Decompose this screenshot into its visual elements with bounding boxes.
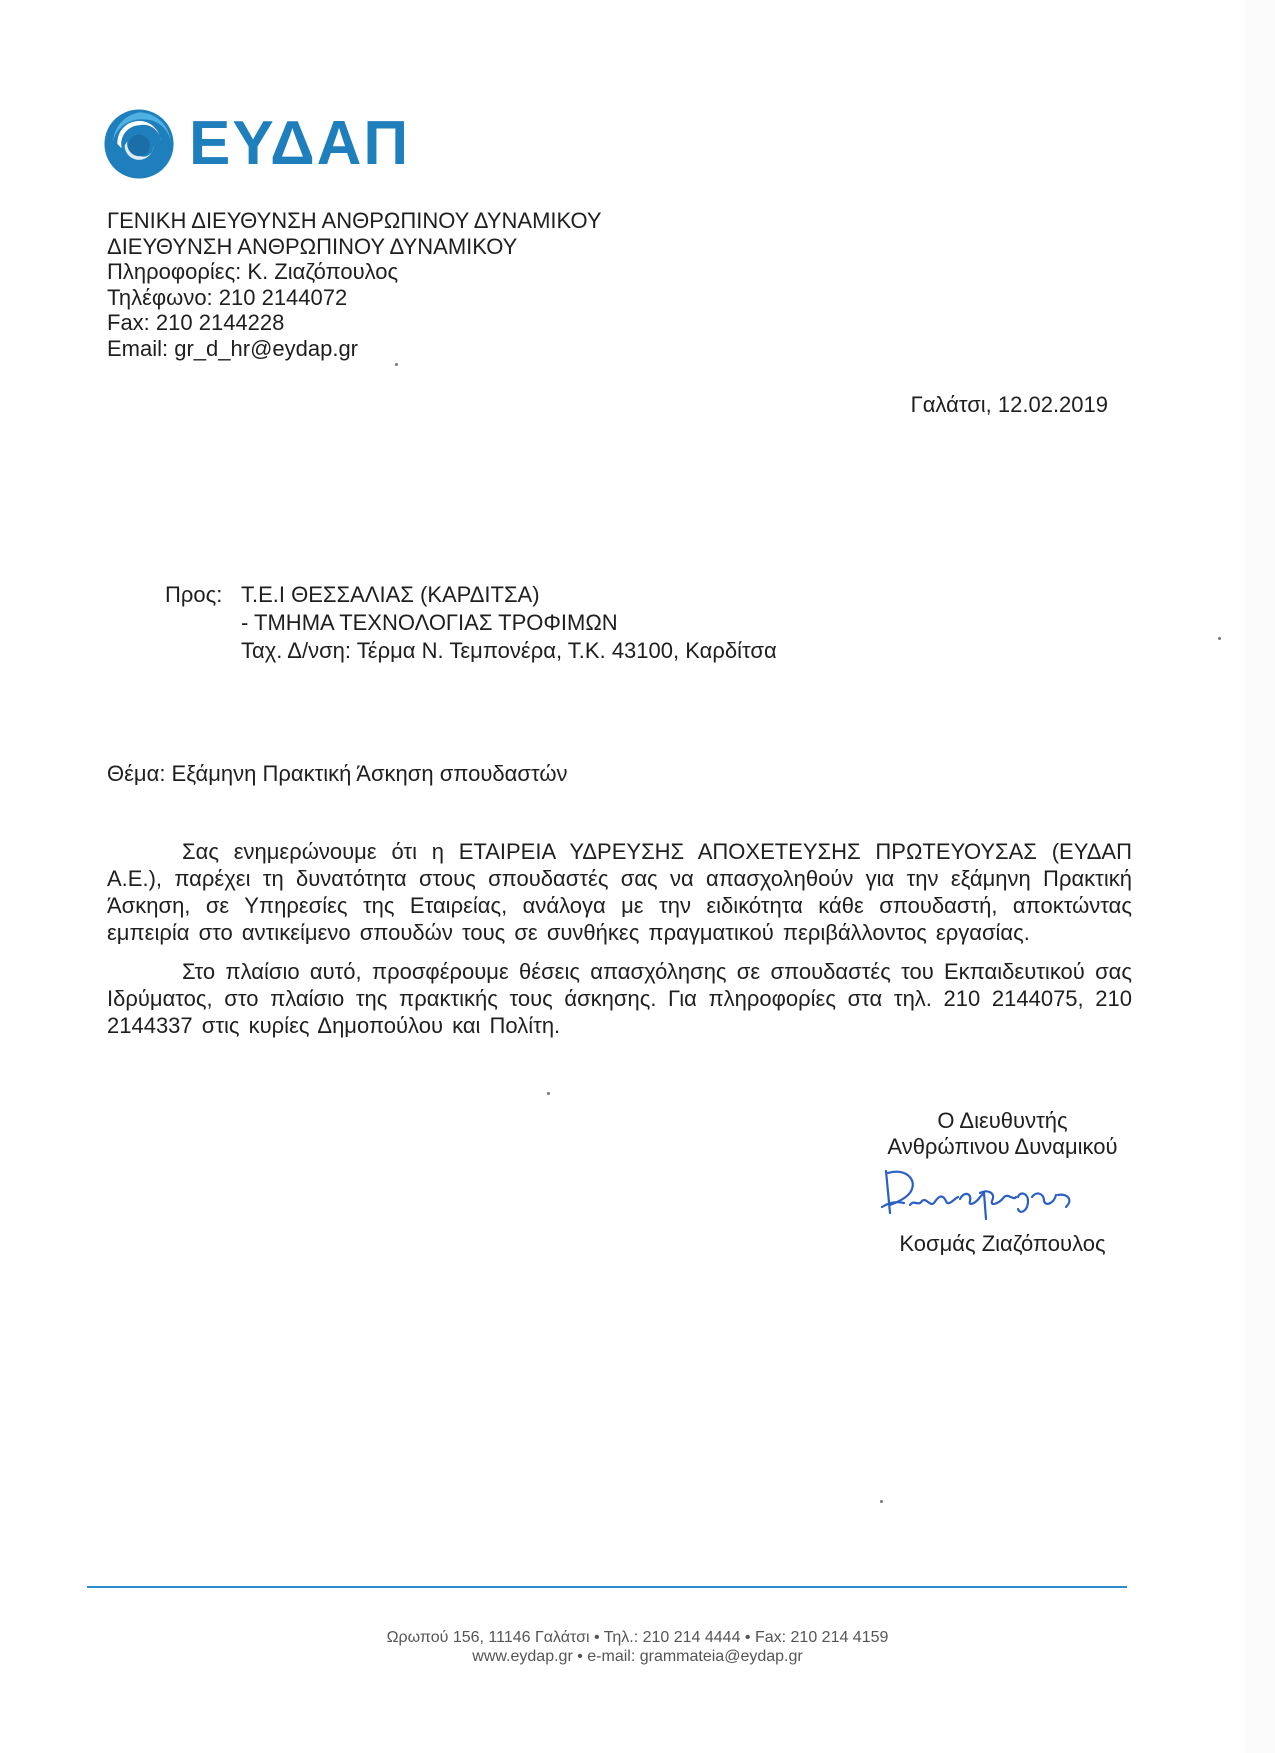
footer-rule — [87, 1586, 1127, 1588]
scan-speck — [880, 1500, 883, 1503]
recipient-label: Προς: — [165, 581, 241, 665]
recipient-address: Ταχ. Δ/νση: Τέρμα Ν. Τεμπονέρα, Τ.Κ. 431… — [241, 637, 777, 665]
recipient-institution: Τ.Ε.Ι ΘΕΣΣΑΛΙΑΣ (ΚΑΡΔΙΤΣΑ) — [241, 581, 777, 609]
signature-title: Ο Διευθυντής Ανθρώπινου Δυναμικού — [870, 1108, 1135, 1160]
signatory-title-line2: Ανθρώπινου Δυναμικού — [870, 1134, 1135, 1160]
scan-speck — [547, 1092, 550, 1095]
recipient-department: - ΤΜΗΜΑ ΤΕΧΝΟΛΟΓΙΑΣ ΤΡΟΦΙΜΩΝ — [241, 609, 777, 637]
body-paragraph: Στο πλαίσιο αυτό, προσφέρουμε θέσεις απα… — [107, 958, 1132, 1039]
sender-fax: Fax: 210 2144228 — [107, 310, 602, 336]
letter-date: Γαλάτσι, 12.02.2019 — [911, 392, 1108, 418]
sender-info: Πληροφορίες: Κ. Ζιαζόπουλος — [107, 259, 602, 285]
sender-block: ΓΕΝΙΚΗ ΔΙΕΥΘΥΝΣΗ ΑΝΘΡΩΠΙΝΟΥ ΔΥΝΑΜΙΚΟΥ ΔΙ… — [107, 208, 602, 361]
letter-subject: Θέμα: Εξάμηνη Πρακτική Άσκηση σπουδαστών — [107, 761, 568, 787]
sender-directorate: ΔΙΕΥΘΥΝΣΗ ΑΝΘΡΩΠΙΝΟΥ ΔΥΝΑΜΙΚΟΥ — [107, 234, 602, 260]
footer-contact: Ωρωπού 156, 11146 Γαλάτσι • Τηλ.: 210 21… — [0, 1628, 1275, 1666]
footer-address-line: Ωρωπού 156, 11146 Γαλάτσι • Τηλ.: 210 21… — [0, 1628, 1275, 1647]
sender-general-directorate: ΓΕΝΙΚΗ ΔΙΕΥΘΥΝΣΗ ΑΝΘΡΩΠΙΝΟΥ ΔΥΝΑΜΙΚΟΥ — [107, 208, 602, 234]
handwritten-signature-icon — [868, 1163, 1088, 1229]
eydap-swirl-logo-icon — [103, 108, 175, 180]
signatory-title-line1: Ο Διευθυντής — [870, 1108, 1135, 1134]
signatory-name: Κοσμάς Ζιαζόπουλος — [870, 1231, 1135, 1257]
scan-speck — [395, 363, 398, 366]
letterhead-logo: ΕΥΔΑΠ — [103, 108, 410, 180]
letter-body: Σας ενημερώνουμε ότι η ΕΤΑΙΡΕΙΑ ΥΔΡΕΥΣΗΣ… — [107, 838, 1132, 1051]
footer-web-line: www.eydap.gr • e-mail: grammateia@eydap.… — [0, 1647, 1275, 1666]
body-paragraph: Σας ενημερώνουμε ότι η ΕΤΑΙΡΕΙΑ ΥΔΡΕΥΣΗΣ… — [107, 838, 1132, 946]
sender-email: Email: gr_d_hr@eydap.gr — [107, 336, 602, 362]
recipient-block: Προς: Τ.Ε.Ι ΘΕΣΣΑΛΙΑΣ (ΚΑΡΔΙΤΣΑ) - ΤΜΗΜΑ… — [165, 581, 777, 665]
scan-edge — [1245, 0, 1275, 1753]
sender-phone: Τηλέφωνο: 210 2144072 — [107, 285, 602, 311]
logo-wordmark: ΕΥΔΑΠ — [189, 113, 410, 175]
scan-speck — [1218, 637, 1221, 640]
